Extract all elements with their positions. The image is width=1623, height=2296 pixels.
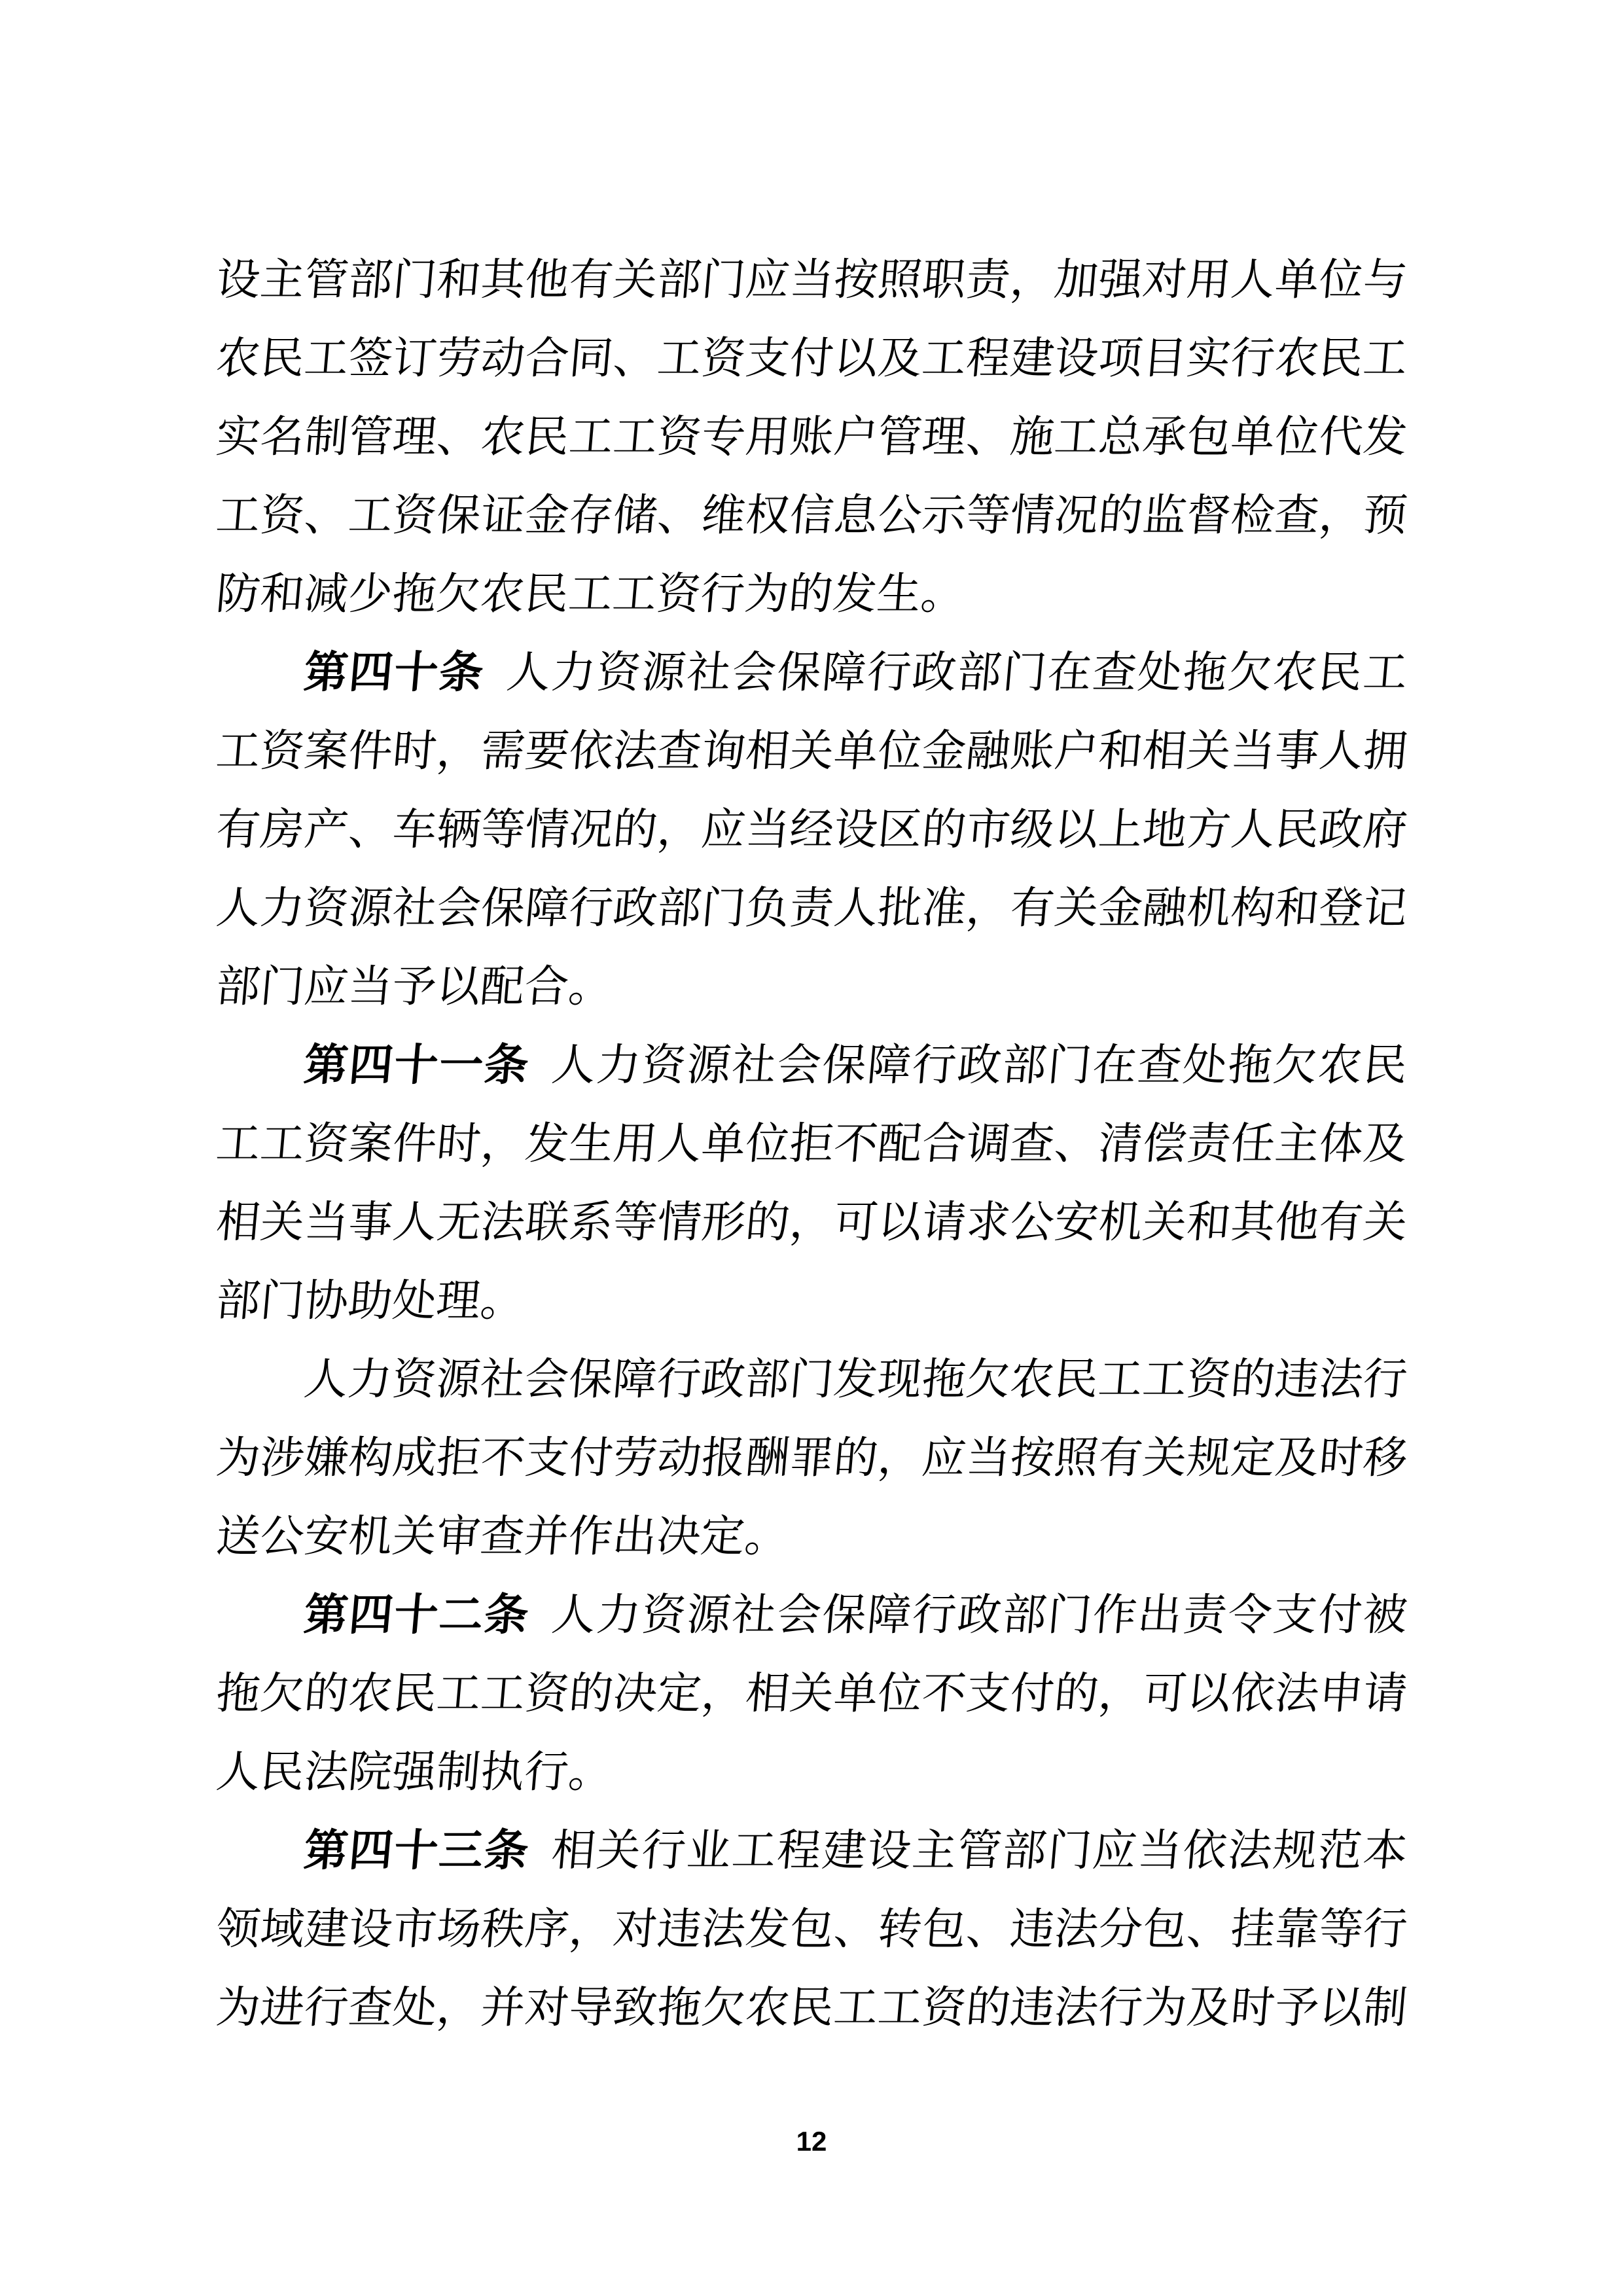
text-line: 拖欠的农民工工资的决定，相关单位不支付的，可以依法申请 (213, 1655, 1410, 1733)
text-segment: 人力资源社会保障行政部门负责人批准，有关金融机构和登记 (214, 884, 1409, 933)
document-page: 设主管部门和其他有关部门应当按照职责，加强对用人单位与农民工签订劳动合同、工资支… (0, 0, 1623, 2296)
text-segment: 设主管部门和其他有关部门应当按照职责，加强对用人单位与 (214, 256, 1409, 304)
text-line: 工工资案件时，发生用人单位拒不配合调查、清偿责任主体及 (213, 1105, 1410, 1183)
text-line: 为进行查处，并对导致拖欠农民工工资的违法行为及时予以制 (213, 1969, 1410, 2047)
text-segment: 为涉嫌构成拒不支付劳动报酬罪的，应当按照有关规定及时移 (214, 1434, 1409, 1482)
text-line: 人力资源社会保障行政部门发现拖欠农民工工资的违法行 (213, 1340, 1410, 1419)
text-segment: 人民法院强制执行。 (214, 1748, 615, 1797)
text-segment: 有房产、车辆等情况的，应当经设区的市级以上地方人民政府 (214, 806, 1409, 854)
text-segment: 送公安机关审查并作出决定。 (214, 1513, 791, 1561)
text-segment: 拖欠的农民工工资的决定，相关单位不支付的，可以依法申请 (214, 1670, 1409, 1718)
article-number: 第四十条 (302, 649, 486, 697)
text-segment: 领域建设市场秩序，对违法发包、转包、违法分包、挂靠等行 (214, 1905, 1409, 1954)
text-line: 防和减少拖欠农民工工资行为的发生。 (213, 555, 1410, 634)
text-line: 领域建设市场秩序，对违法发包、转包、违法分包、挂靠等行 (213, 1890, 1410, 1969)
text-segment: 部门协助处理。 (214, 1277, 527, 1325)
document-body: 设主管部门和其他有关部门应当按照职责，加强对用人单位与农民工签订劳动合同、工资支… (216, 241, 1407, 2047)
text-segment: 工资、工资保证金存储、维权信息公示等情况的监督检查，预 (214, 492, 1409, 540)
text-line: 部门应当予以配合。 (213, 948, 1410, 1026)
text-line: 第四十条人力资源社会保障行政部门在查处拖欠农民工 (213, 634, 1410, 712)
text-line: 有房产、车辆等情况的，应当经设区的市级以上地方人民政府 (213, 791, 1410, 869)
text-segment: 防和减少拖欠农民工工资行为的发生。 (214, 570, 967, 619)
text-segment: 人力资源社会保障行政部门在查处拖欠农民 (550, 1041, 1410, 1090)
text-line: 送公安机关审查并作出决定。 (213, 1498, 1410, 1576)
text-line: 第四十二条人力资源社会保障行政部门作出责令支付被 (213, 1576, 1410, 1655)
text-line: 农民工签订劳动合同、工资支付以及工程建设项目实行农民工 (213, 319, 1410, 398)
article-number: 第四十二条 (302, 1591, 531, 1640)
text-line: 人民法院强制执行。 (213, 1733, 1410, 1812)
text-segment: 农民工签订劳动合同、工资支付以及工程建设项目实行农民工 (214, 334, 1409, 383)
article-number: 第四十三条 (302, 1827, 531, 1875)
text-line: 工资案件时，需要依法查询相关单位金融账户和相关当事人拥 (213, 712, 1410, 791)
text-line: 第四十三条相关行业工程建设主管部门应当依法规范本 (213, 1812, 1410, 1890)
text-line: 设主管部门和其他有关部门应当按照职责，加强对用人单位与 (213, 241, 1410, 319)
text-line: 相关当事人无法联系等情形的，可以请求公安机关和其他有关 (213, 1183, 1410, 1262)
text-segment: 部门应当予以配合。 (214, 963, 615, 1011)
article-number: 第四十一条 (302, 1041, 531, 1090)
text-line: 人力资源社会保障行政部门负责人批准，有关金融机构和登记 (213, 869, 1410, 948)
text-segment: 工资案件时，需要依法查询相关单位金融账户和相关当事人拥 (214, 727, 1409, 776)
text-segment: 为进行查处，并对导致拖欠农民工工资的违法行为及时予以制 (214, 1984, 1409, 2032)
text-line: 工资、工资保证金存储、维权信息公示等情况的监督检查，预 (213, 476, 1410, 555)
text-segment: 人力资源社会保障行政部门发现拖欠农民工工资的违法行 (302, 1355, 1409, 1404)
text-segment: 人力资源社会保障行政部门在查处拖欠农民工 (505, 649, 1410, 697)
text-line: 为涉嫌构成拒不支付劳动报酬罪的，应当按照有关规定及时移 (213, 1419, 1410, 1498)
page-number: 12 (0, 2126, 1623, 2157)
text-segment: 实名制管理、农民工工资专用账户管理、施工总承包单位代发 (214, 413, 1409, 461)
text-segment: 工工资案件时，发生用人单位拒不配合调查、清偿责任主体及 (214, 1120, 1409, 1168)
text-line: 实名制管理、农民工工资专用账户管理、施工总承包单位代发 (213, 398, 1410, 476)
text-line: 第四十一条人力资源社会保障行政部门在查处拖欠农民 (213, 1026, 1410, 1105)
text-segment: 相关行业工程建设主管部门应当依法规范本 (550, 1827, 1410, 1875)
text-segment: 相关当事人无法联系等情形的，可以请求公安机关和其他有关 (214, 1198, 1409, 1247)
text-line: 部门协助处理。 (213, 1262, 1410, 1340)
text-segment: 人力资源社会保障行政部门作出责令支付被 (550, 1591, 1410, 1640)
